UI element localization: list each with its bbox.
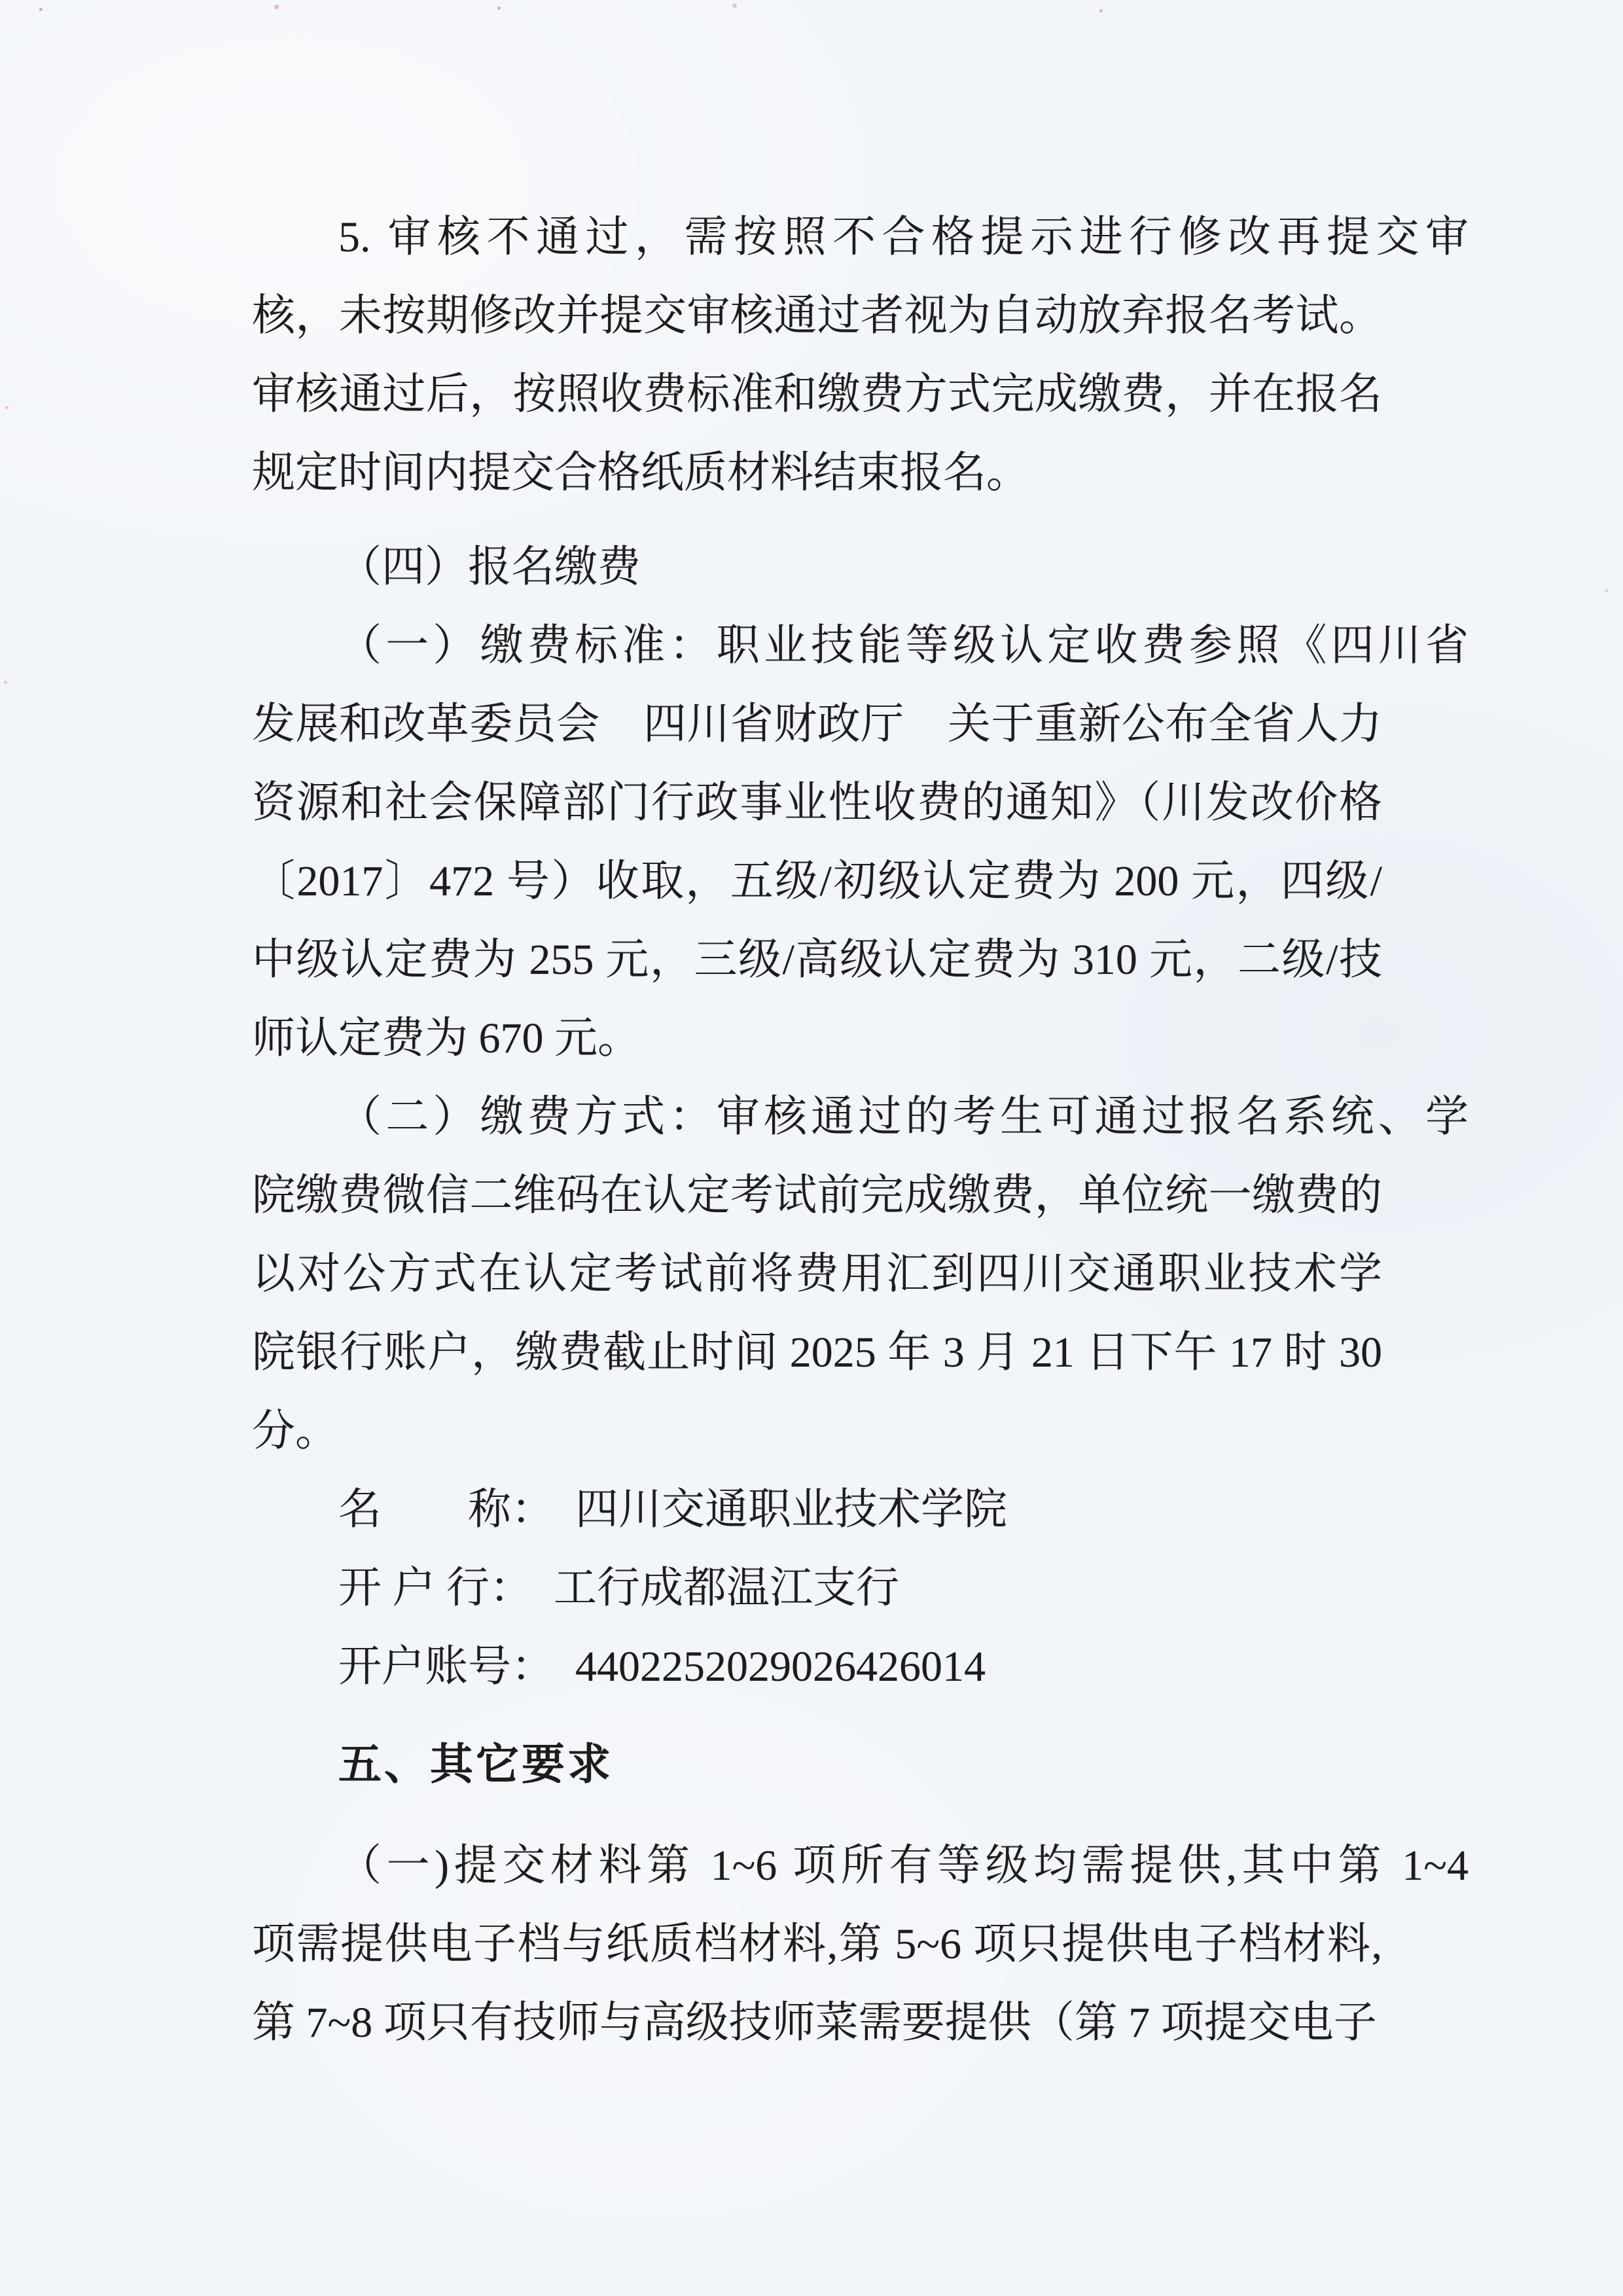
document-line: 〔2017〕472 号）收取，五级/初级认定费为 200 元，四级/ bbox=[252, 842, 1382, 921]
field-label: 开 户 行： bbox=[338, 1549, 533, 1628]
document-line: 发展和改革委员会 四川省财政厅 关于重新公布全省人力 bbox=[252, 685, 1382, 764]
document-line: 5. 审核不通过，需按照不合格提示进行修改再提交审 bbox=[252, 198, 1469, 277]
document-line: 核，未按期修改并提交审核通过者视为自动放弃报名考试。 bbox=[252, 277, 1382, 355]
subsection-heading: （四）报名缴费 bbox=[252, 528, 1469, 607]
document-line: 以对公方式在认定考试前将费用汇到四川交通职业技术学 bbox=[252, 1235, 1382, 1314]
document-line: （一)提交材料第 1~6 项所有等级均需提供,其中第 1~4 bbox=[252, 1827, 1469, 1905]
document-line: 师认定费为 670 元。 bbox=[252, 999, 1382, 1078]
document-line: （二）缴费方式：审核通过的考生可通过报名系统、学 bbox=[252, 1078, 1469, 1157]
bank-field-row: 名 称：四川交通职业技术学院 bbox=[252, 1471, 1469, 1549]
document-line: 院银行账户，缴费截止时间 2025 年 3 月 21 日下午 17 时 30 bbox=[252, 1314, 1382, 1392]
document-line: （一）缴费标准：职业技能等级认定收费参照《四川省 bbox=[252, 607, 1469, 685]
document-line: 资源和社会保障部门行政事业性收费的通知》（川发改价格 bbox=[252, 764, 1382, 842]
field-value: 四川交通职业技术学院 bbox=[575, 1486, 1007, 1534]
field-label: 名 称： bbox=[338, 1471, 554, 1549]
document-line: 院缴费微信二维码在认定考试前完成缴费，单位统一缴费的 bbox=[252, 1157, 1382, 1235]
bank-field-row: 开户账号：4402252029026426014 bbox=[252, 1628, 1469, 1706]
document-line: 第 7~8 项只有技师与高级技师菜需要提供（第 7 项提交电子 bbox=[252, 1984, 1382, 2062]
field-value: 工行成都温江支行 bbox=[554, 1564, 899, 1612]
document-line: 分。 bbox=[252, 1392, 1382, 1471]
field-label: 开户账号： bbox=[338, 1628, 554, 1706]
section-heading: 五、其它要求 bbox=[252, 1725, 1469, 1803]
bank-field-row: 开 户 行：工行成都温江支行 bbox=[252, 1549, 1469, 1628]
scanned-document-page: 5. 审核不通过，需按照不合格提示进行修改再提交审核，未按期修改并提交审核通过者… bbox=[0, 0, 1623, 2296]
document-line: 规定时间内提交合格纸质材料结束报名。 bbox=[252, 434, 1382, 512]
document-line: 中级认定费为 255 元，三级/高级认定费为 310 元，二级/技 bbox=[252, 921, 1382, 999]
document-line: 项需提供电子档与纸质档材料,第 5~6 项只提供电子档材料, bbox=[252, 1905, 1382, 1984]
document-line: 审核通过后，按照收费标准和缴费方式完成缴费，并在报名 bbox=[252, 355, 1382, 434]
field-value: 4402252029026426014 bbox=[575, 1643, 986, 1691]
document-body: 5. 审核不通过，需按照不合格提示进行修改再提交审核，未按期修改并提交审核通过者… bbox=[252, 198, 1382, 2062]
